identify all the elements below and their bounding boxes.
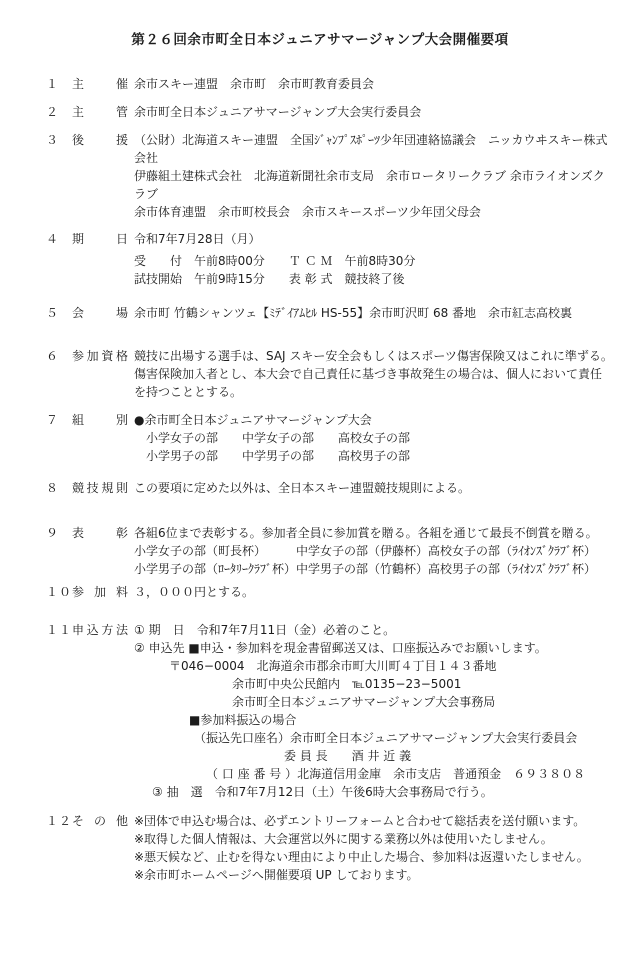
section-label: 組別 <box>72 411 128 429</box>
section-koen: ３後援（公財）北海道スキー連盟 全国ｼﾞｬﾝﾌﾟｽﾎﾟｰﾂ少年団連絡協議会 ニッ… <box>46 131 616 221</box>
content-line: 余市町全日本ジュニアサマージャンプ大会事務局 <box>134 693 616 711</box>
content-line: を持つこととする。 <box>134 383 616 401</box>
section-content: ① 期 日 令和7年7月11日（金）必着のこと。② 申込先 ■申込・参加料を現金… <box>134 621 616 801</box>
section-moshikomi-hoho: １１申込方法① 期 日 令和7年7月11日（金）必着のこと。② 申込先 ■申込・… <box>46 621 616 801</box>
content-line: ※団体で申込む場合は、必ずエントリーフォームと合わせて総括表を送付願います。 <box>134 812 616 830</box>
section-content: この要項に定めた以外は、全日本スキー連盟競技規則による。 <box>134 479 616 497</box>
content-line: ※余市町ホームページへ開催要項 UP しております。 <box>134 866 616 884</box>
section-number: ８ <box>46 479 72 497</box>
content-line: 傷害保険加入者とし、本大会で自己責任に基づき事故発生の場合は、個人において責任 <box>134 365 616 383</box>
section-label: 参加資格 <box>72 347 128 365</box>
content-line: 各組6位まで表彰する。参加者全員に参加賞を贈る。各組を通じて最長不倒賞を贈る。 <box>134 524 616 542</box>
section-sanka-shikaku: ６参加資格競技に出場する選手は、SAJ スキー安全会もしくはスポーツ傷害保険又は… <box>46 347 616 401</box>
content-line: 余市町中央公民館内 ℡0135−23−5001 <box>134 675 616 693</box>
content-line: 余市体育連盟 余市町校長会 余市スキースポーツ少年団父母会 <box>134 203 616 221</box>
section-number: ７ <box>46 411 72 429</box>
section-content: 余市スキー連盟 余市町 余市町教育委員会 <box>134 75 616 93</box>
content-line: ③ 抽 選 令和7年7月12日（土）午後6時大会事務局で行う。 <box>134 783 616 801</box>
section-sonota: １２その他※団体で申込む場合は、必ずエントリーフォームと合わせて総括表を送付願い… <box>46 812 616 884</box>
content-line: ●余市町全日本ジュニアサマージャンプ大会 <box>134 411 616 429</box>
section-kijitsu: ４期日令和7年7月28日（月）受 付 午前8時00分 Ｔ Ｃ Ｍ 午前8時30分… <box>46 230 616 288</box>
content-line: 伊藤組土建株式会社 北海道新聞社余市支局 余市ロータリークラブ 余市ライオンズク… <box>134 167 616 203</box>
content-line: この要項に定めた以外は、全日本スキー連盟競技規則による。 <box>134 479 616 497</box>
section-label: 主催 <box>72 75 128 93</box>
content-line: （振込先口座名）余市町全日本ジュニアサマージャンプ大会実行委員会 <box>134 729 616 747</box>
section-label: 申込方法 <box>72 621 128 639</box>
section-number: １ <box>46 75 72 93</box>
section-number: ９ <box>46 524 72 542</box>
content-line: 令和7年7月28日（月） <box>134 230 616 248</box>
section-content: 余市町 竹鶴シャンツェ【ﾐﾃﾞｲｱﾑﾋﾙ HS-55】余市町沢町 68 番地 余… <box>134 304 616 322</box>
section-number: ６ <box>46 347 72 365</box>
section-shusai: １主催余市スキー連盟 余市町 余市町教育委員会 <box>46 75 616 93</box>
page-title: 第２６回余市町全日本ジュニアサマージャンプ大会開催要項 <box>0 0 640 50</box>
section-content: ※団体で申込む場合は、必ずエントリーフォームと合わせて総括表を送付願います。※取… <box>134 812 616 884</box>
section-label: 期日 <box>72 230 128 248</box>
section-number: ４ <box>46 230 72 248</box>
section-content: （公財）北海道スキー連盟 全国ｼﾞｬﾝﾌﾟｽﾎﾟｰﾂ少年団連絡協議会 ニッカウヰ… <box>134 131 616 221</box>
section-kyogi-kisoku: ８競技規則この要項に定めた以外は、全日本スキー連盟競技規則による。 <box>46 479 616 497</box>
section-number: ３ <box>46 131 72 149</box>
section-kaijo: ５会場余市町 竹鶴シャンツェ【ﾐﾃﾞｲｱﾑﾋﾙ HS-55】余市町沢町 68 番… <box>46 304 616 322</box>
section-content: 余市町全日本ジュニアサマージャンプ大会実行委員会 <box>134 103 616 121</box>
content-line: 余市スキー連盟 余市町 余市町教育委員会 <box>134 75 616 93</box>
document-page: 第２６回余市町全日本ジュニアサマージャンプ大会開催要項 １主催余市スキー連盟 余… <box>0 0 640 975</box>
section-label: 表彰 <box>72 524 128 542</box>
section-label: 主管 <box>72 103 128 121</box>
section-label: 競技規則 <box>72 479 128 497</box>
section-content: ●余市町全日本ジュニアサマージャンプ大会小学女子の部 中学女子の部 高校女子の部… <box>134 411 616 465</box>
content-line: 余市町 竹鶴シャンツェ【ﾐﾃﾞｲｱﾑﾋﾙ HS-55】余市町沢町 68 番地 余… <box>134 304 616 322</box>
content-line: 委 員 長 酒 井 近 義 <box>134 747 616 765</box>
content-line: 小学女子の部（町長杯） 中学女子の部（伊藤杯）高校女子の部（ﾗｲｵﾝｽﾞｸﾗﾌﾞ… <box>134 542 616 560</box>
content-line: 試技開始 午前9時15分 表 彰 式 競技終了後 <box>134 270 616 288</box>
section-label: 会場 <box>72 304 128 322</box>
section-shukan: ２主管余市町全日本ジュニアサマージャンプ大会実行委員会 <box>46 103 616 121</box>
section-sankaryo: １０参加料３，０００円とする。 <box>46 583 616 601</box>
content-line: ※悪天候など、止むを得ない理由により中止した場合、参加料は返還いたしません。 <box>134 848 616 866</box>
section-label: 参加料 <box>72 583 128 601</box>
content-line: ② 申込先 ■申込・参加料を現金書留郵送又は、口座振込みでお願いします。 <box>134 639 616 657</box>
content-line: 競技に出場する選手は、SAJ スキー安全会もしくはスポーツ傷害保険又はこれに準ず… <box>134 347 616 365</box>
sections-container: １主催余市スキー連盟 余市町 余市町教育委員会２主管余市町全日本ジュニアサマージ… <box>0 75 640 884</box>
content-line: ■参加料振込の場合 <box>134 711 616 729</box>
content-line: ① 期 日 令和7年7月11日（金）必着のこと。 <box>134 621 616 639</box>
section-label: その他 <box>72 812 128 830</box>
section-number: １０ <box>46 583 72 601</box>
section-content: 令和7年7月28日（月）受 付 午前8時00分 Ｔ Ｃ Ｍ 午前8時30分試技開… <box>134 230 616 288</box>
content-line: 余市町全日本ジュニアサマージャンプ大会実行委員会 <box>134 103 616 121</box>
content-line: 小学男子の部（ﾛｰﾀﾘｰｸﾗﾌﾞ杯）中学男子の部（竹鶴杯）高校男子の部（ﾗｲｵﾝ… <box>134 560 616 578</box>
section-number: １２ <box>46 812 72 830</box>
section-kumibetsu: ７組別●余市町全日本ジュニアサマージャンプ大会小学女子の部 中学女子の部 高校女… <box>46 411 616 465</box>
section-content: 各組6位まで表彰する。参加者全員に参加賞を贈る。各組を通じて最長不倒賞を贈る。小… <box>134 524 616 578</box>
content-line: 小学女子の部 中学女子の部 高校女子の部 <box>134 429 616 447</box>
section-content: 競技に出場する選手は、SAJ スキー安全会もしくはスポーツ傷害保険又はこれに準ず… <box>134 347 616 401</box>
section-label: 後援 <box>72 131 128 149</box>
content-line: 小学男子の部 中学男子の部 高校男子の部 <box>134 447 616 465</box>
section-number: １１ <box>46 621 72 639</box>
content-line: ※取得した個人情報は、大会運営以外に関する業務以外は使用いたしません。 <box>134 830 616 848</box>
section-number: ５ <box>46 304 72 322</box>
content-line: 受 付 午前8時00分 Ｔ Ｃ Ｍ 午前8時30分 <box>134 252 616 270</box>
content-line: （ 口 座 番 号 ）北海道信用金庫 余市支店 普通預金 ６９３８０８ <box>134 765 616 783</box>
section-number: ２ <box>46 103 72 121</box>
content-line: （公財）北海道スキー連盟 全国ｼﾞｬﾝﾌﾟｽﾎﾟｰﾂ少年団連絡協議会 ニッカウヰ… <box>134 131 616 167</box>
section-hyosho: ９表彰各組6位まで表彰する。参加者全員に参加賞を贈る。各組を通じて最長不倒賞を贈… <box>46 524 616 578</box>
section-content: ３，０００円とする。 <box>134 583 616 601</box>
content-line: ３，０００円とする。 <box>134 583 616 601</box>
content-line: 〒046−0004 北海道余市郡余市町大川町４丁目１４３番地 <box>134 657 616 675</box>
